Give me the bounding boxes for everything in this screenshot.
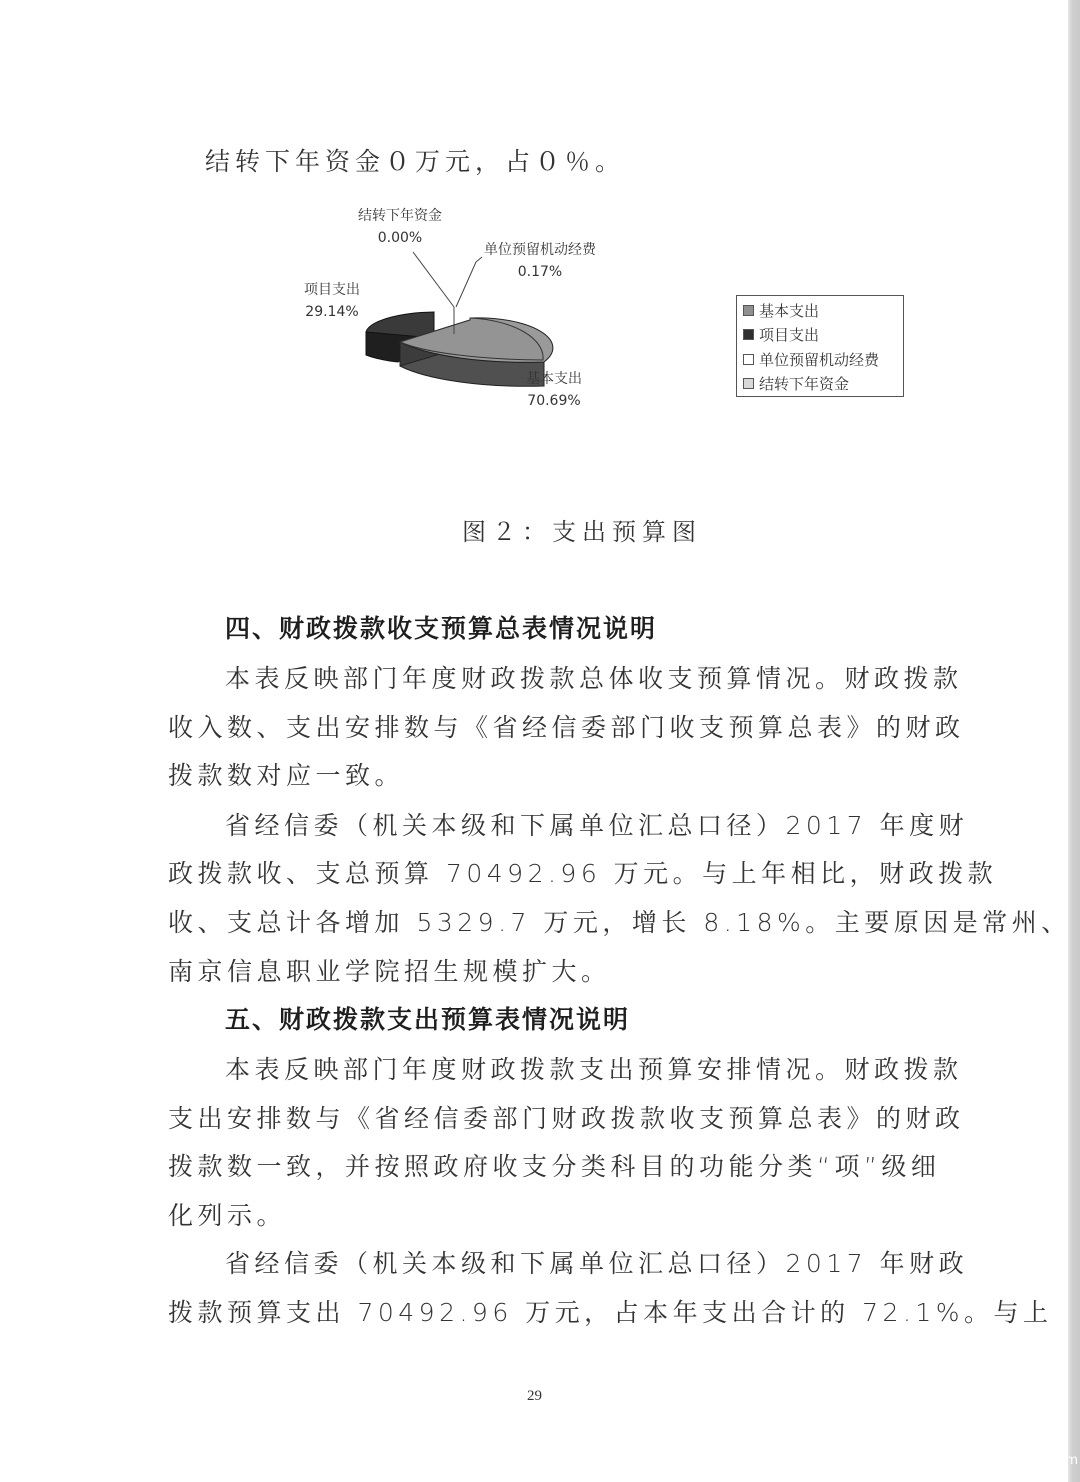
legend-label: 单位预留机动经费	[759, 349, 879, 370]
section5-heading: 五、财政拨款支出预算表情况说明	[225, 1000, 630, 1036]
section5-p1-line4: 化列示。	[168, 1196, 286, 1232]
section5-p1-line2: 支出安排数与《省经信委部门财政拨款收支预算总表》的财政	[168, 1099, 965, 1135]
legend-item-carryover: 结转下年资金	[743, 372, 903, 397]
section4-p1-line3: 拨款数对应一致。	[168, 756, 404, 792]
legend-swatch-icon	[743, 378, 754, 389]
section5-p1-line1: 本表反映部门年度财政拨款支出预算安排情况。财政拨款	[225, 1050, 963, 1086]
legend-item-reserve: 单位预留机动经费	[743, 347, 903, 372]
section4-p2-line3: 收、支总计各增加 5329.7 万元，增长 8.18%。主要原因是常州、	[168, 903, 1071, 939]
label-carryover-name: 结转下年资金	[358, 205, 442, 227]
section4-heading: 四、财政拨款收支预算总表情况说明	[225, 609, 657, 645]
watermark: om	[1057, 1453, 1078, 1468]
section4-p2-line2: 政拨款收、支总预算 70492.96 万元。与上年相比，财政拨款	[168, 854, 997, 890]
section5-p1-line3: 拨款数一致，并按照政府收支分类科目的功能分类“项”级细	[168, 1147, 940, 1183]
legend-swatch-icon	[743, 354, 754, 365]
page-number: 29	[527, 1388, 542, 1405]
label-reserve: 单位预留机动经费 0.17%	[484, 239, 596, 283]
legend-label: 项目支出	[759, 324, 819, 345]
legend-swatch-icon	[743, 329, 754, 340]
chart-legend: 基本支出 项目支出 单位预留机动经费 结转下年资金	[736, 295, 904, 397]
label-reserve-name: 单位预留机动经费	[484, 239, 596, 261]
label-basic-value: 70.69%	[526, 390, 582, 412]
label-project: 项目支出 29.14%	[304, 279, 360, 323]
legend-swatch-icon	[743, 305, 754, 316]
section4-p2-line1: 省经信委（机关本级和下属单位汇总口径）2017 年度财	[225, 806, 968, 842]
section5-p2-line1: 省经信委（机关本级和下属单位汇总口径）2017 年财政	[225, 1244, 968, 1280]
label-carryover: 结转下年资金 0.00%	[358, 205, 442, 249]
legend-item-basic: 基本支出	[743, 298, 903, 323]
section5-p2-line2: 拨款预算支出 70492.96 万元，占本年支出合计的 72.1%。与上	[168, 1293, 1053, 1329]
label-project-name: 项目支出	[304, 279, 360, 301]
section4-p1-line2: 收入数、支出安排数与《省经信委部门收支预算总表》的财政	[168, 708, 965, 744]
label-basic-name: 基本支出	[526, 368, 582, 390]
label-carryover-value: 0.00%	[358, 227, 442, 249]
section4-p2-line4: 南京信息职业学院招生规模扩大。	[168, 952, 611, 988]
figure-caption: 图２：支出预算图	[462, 512, 702, 547]
section4-p1-line1: 本表反映部门年度财政拨款总体收支预算情况。财政拨款	[225, 659, 963, 695]
label-reserve-value: 0.17%	[484, 261, 596, 283]
legend-item-project: 项目支出	[743, 323, 903, 348]
legend-label: 基本支出	[759, 300, 819, 321]
label-basic: 基本支出 70.69%	[526, 368, 582, 412]
legend-label: 结转下年资金	[759, 373, 849, 394]
label-project-value: 29.14%	[304, 301, 360, 323]
